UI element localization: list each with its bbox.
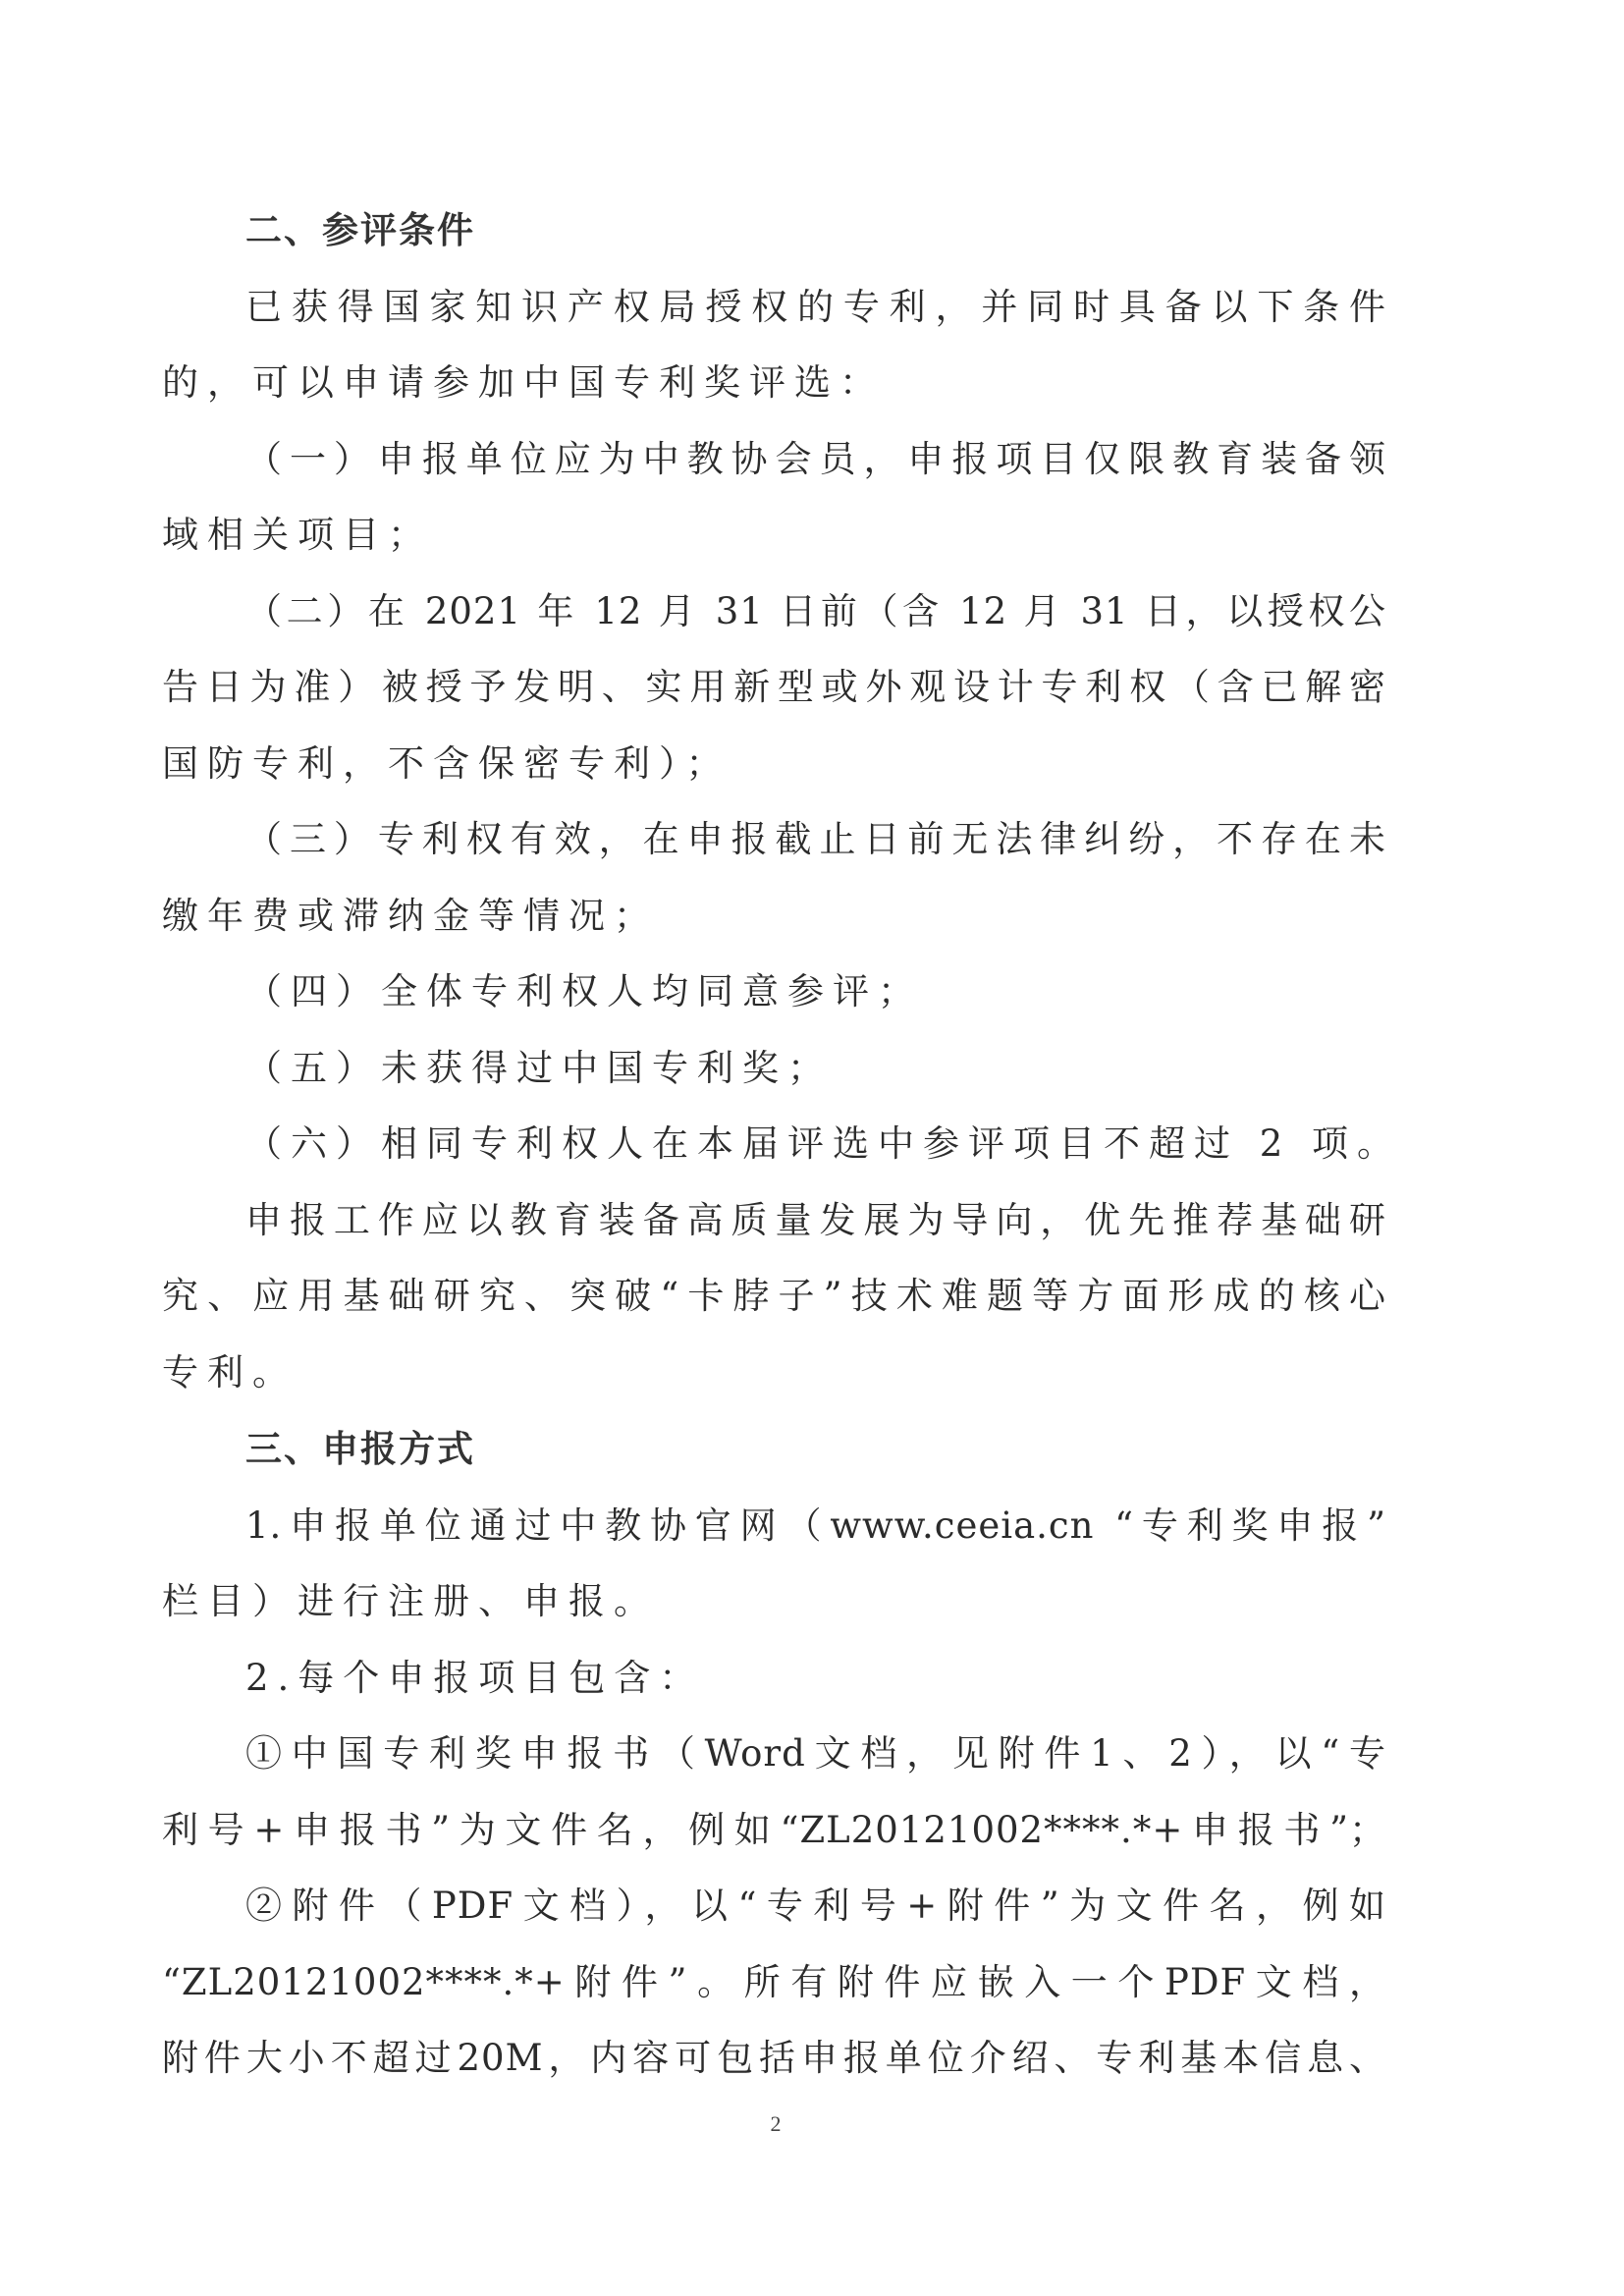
method-item-2-sub-2: ②附件（PDF文档），以“专利号+附件”为文件名，例如 (245, 1877, 1386, 1936)
condition-item-2-cont: 国防专利，不含保密专利）； (162, 735, 731, 793)
condition-item-4: （四）全体专利权人均同意参评； (245, 962, 923, 1021)
condition-item-1-cont: 域相关项目； (162, 506, 433, 565)
document-page: 二、参评条件 已获得国家知识产权局授权的专利，并同时具备以下条件 的，可以申请参… (0, 0, 1624, 2296)
paragraph-line: 申报工作应以教育装备高质量发展为导向，优先推荐基础研 (245, 1191, 1386, 1250)
section-heading-application-method: 三、申报方式 (245, 1420, 475, 1479)
paragraph-line: 究、应用基础研究、突破“卡脖子”技术难题等方面形成的核心 (162, 1267, 1386, 1326)
condition-item-1: （一）申报单位应为中教协会员，申报项目仅限教育装备领 (245, 430, 1386, 489)
section-heading-eligibility: 二、参评条件 (245, 201, 475, 260)
paragraph-line: 的，可以申请参加中国专利奖评选： (162, 354, 885, 412)
method-item-2-sub-1-cont: 利号+申报书”为文件名，例如“ZL20121002****.*+申报书”； (162, 1801, 1386, 1860)
condition-item-3: （三）专利权有效，在申报截止日前无法律纠纷，不存在未 (245, 810, 1386, 869)
method-item-1: 1.申报单位通过中教协官网（www.ceeia.cn “专利奖申报” (245, 1497, 1386, 1556)
condition-item-2-cont: 告日为准）被授予发明、实用新型或外观设计专利权（含已解密 (162, 658, 1386, 717)
paragraph-line: 专利。 (162, 1343, 298, 1402)
method-item-1-cont: 栏目）进行注册、申报。 (162, 1572, 659, 1631)
method-item-2: 2.每个申报项目包含： (245, 1649, 704, 1708)
method-item-2-sub-2-cont: 附件大小不超过20M，内容可包括申报单位介绍、专利基本信息、 (162, 2029, 1386, 2088)
method-item-2-sub-2-cont: “ZL20121002****.*+附件”。所有附件应嵌入一个PDF文档， (162, 1953, 1386, 2012)
page-number: 2 (766, 2111, 785, 2137)
method-item-2-sub-1: ①中国专利奖申报书（Word文档，见附件1、2），以“专 (245, 1724, 1386, 1783)
condition-item-2: （二）在 2021 年 12 月 31 日前（含 12 月 31 日，以授权公 (245, 582, 1386, 641)
condition-item-6: （六）相同专利权人在本届评选中参评项目不超过 2 项。 (245, 1115, 1402, 1174)
condition-item-3-cont: 缴年费或滞纳金等情况； (162, 887, 659, 946)
paragraph-line: 已获得国家知识产权局授权的专利，并同时具备以下条件 (245, 278, 1386, 337)
condition-item-5: （五）未获得过中国专利奖； (245, 1039, 833, 1098)
